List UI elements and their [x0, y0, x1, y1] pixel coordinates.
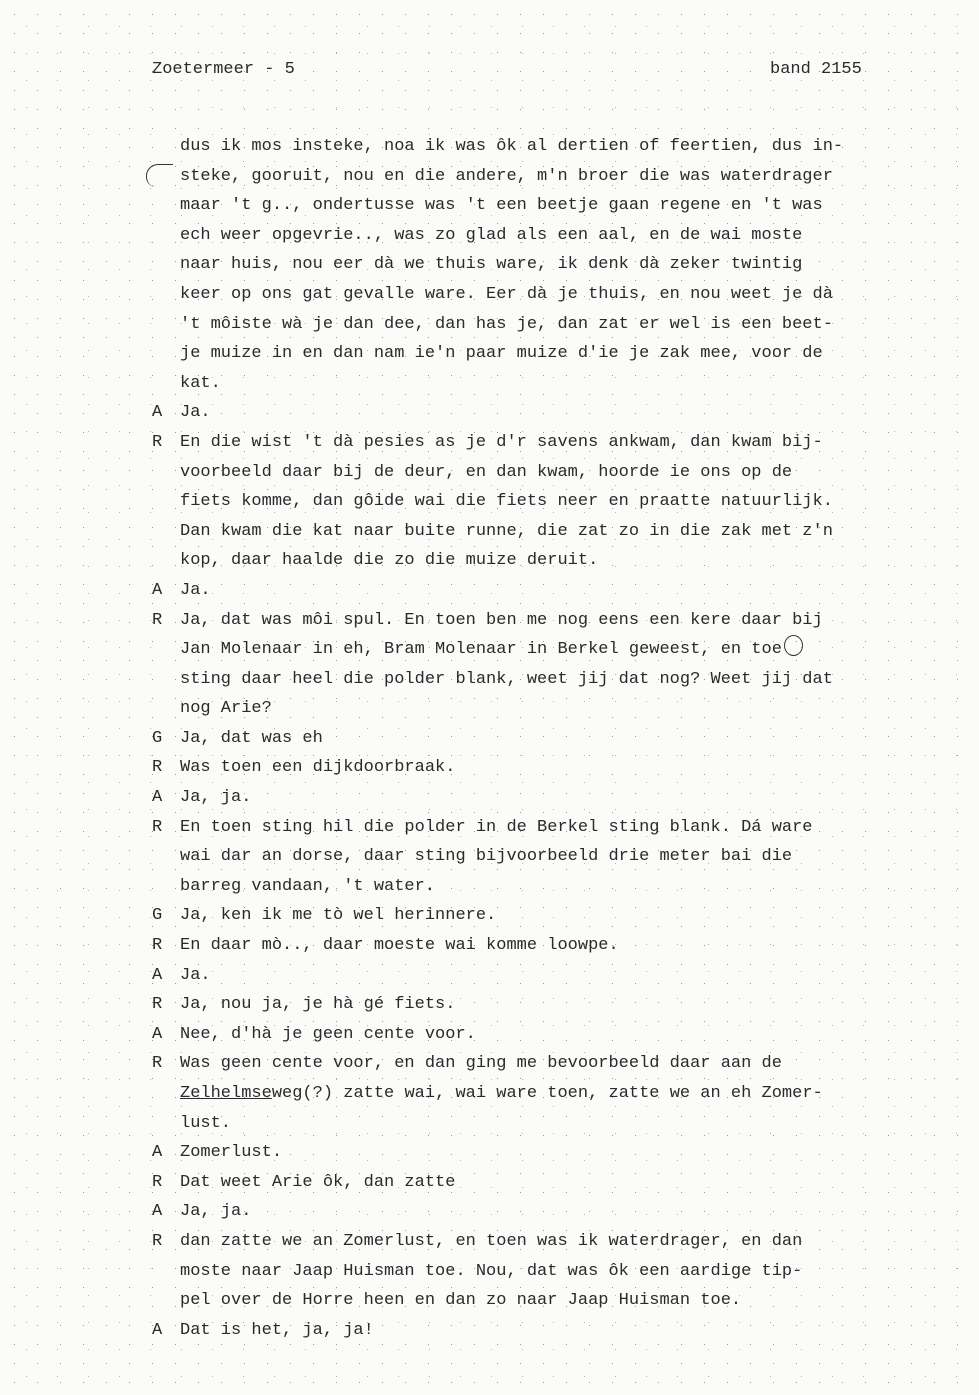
page-header: Zoetermeer - 5 band 2155 — [152, 60, 899, 84]
line-text: ech weer opgevrie.., was zo glad als een… — [180, 226, 802, 245]
continuation-line: Zelhelmseweg(?) zatte wai, wai ware toen… — [152, 1079, 972, 1109]
continuation-line: 't môiste wà je dan dee, dan has je, dan… — [152, 310, 972, 340]
line-text: je muize in en dan nam ie'n paar muize d… — [180, 344, 823, 363]
speaker-label: R — [152, 1049, 180, 1079]
continuation-line: sting daar heel die polder blank, weet j… — [152, 665, 972, 695]
line-text: maar 't g.., ondertusse was 't een beetj… — [180, 196, 823, 215]
line-text: Ja, nou ja, je hà gé fiets. — [180, 995, 455, 1014]
line-text: Ja. — [180, 581, 211, 600]
underlined-place-name: Zelhelmse — [180, 1084, 272, 1103]
line-text: Ja, dat was eh — [180, 729, 323, 748]
speaker-line: RJa, dat was môi spul. En toen ben me no… — [152, 606, 972, 636]
continuation-line: voorbeeld daar bij de deur, en dan kwam,… — [152, 458, 972, 488]
continuation-line: moste naar Jaap Huisman toe. Nou, dat wa… — [152, 1257, 972, 1287]
continuation-line: barreg vandaan, 't water. — [152, 872, 972, 902]
continuation-line: steke, gooruit, nou en die andere, m'n b… — [152, 162, 972, 192]
speaker-label: A — [152, 1138, 180, 1168]
handwritten-circle-mark — [784, 635, 803, 656]
continuation-line: fiets komme, dan gôide wai die fiets nee… — [152, 487, 972, 517]
speaker-line: REn die wist 't dà pesies as je d'r save… — [152, 428, 972, 458]
transcript-body: dus ik mos insteke, noa ik was ôk al der… — [152, 132, 972, 1345]
line-text: kat. — [180, 374, 221, 393]
speaker-label: A — [152, 1316, 180, 1346]
line-text: Ja, ja. — [180, 788, 251, 807]
line-text: keer op ons gat gevalle ware. Eer dà je … — [180, 285, 833, 304]
line-text: nog Arie? — [180, 699, 272, 718]
continuation-line: naar huis, nou eer dà we thuis ware, ik … — [152, 250, 972, 280]
speaker-label: A — [152, 576, 180, 606]
speaker-label: R — [152, 990, 180, 1020]
speaker-label: R — [152, 931, 180, 961]
line-text: dan zatte we an Zomerlust, en toen was i… — [180, 1232, 802, 1251]
line-text: dus ik mos insteke, noa ik was ôk al der… — [180, 137, 843, 156]
speaker-line: AJa. — [152, 961, 972, 991]
typewritten-page: Zoetermeer - 5 band 2155 dus ik mos inst… — [0, 0, 979, 1395]
speaker-line: REn toen sting hil die polder in de Berk… — [152, 813, 972, 843]
speaker-label: G — [152, 724, 180, 754]
speaker-label: R — [152, 1168, 180, 1198]
tape-number: band 2155 — [770, 60, 862, 79]
line-text: lust. — [180, 1114, 231, 1133]
speaker-line: ADat is het, ja, ja! — [152, 1316, 972, 1346]
speaker-label: R — [152, 428, 180, 458]
speaker-line: AJa. — [152, 398, 972, 428]
line-text: pel over de Horre heen en dan zo naar Ja… — [180, 1291, 741, 1310]
speaker-line: GJa, ken ik me tò wel herinnere. — [152, 901, 972, 931]
continuation-line: ech weer opgevrie.., was zo glad als een… — [152, 221, 972, 251]
place-name-rest: weg(?) — [272, 1084, 333, 1103]
speaker-line: RWas geen cente voor, en dan ging me bev… — [152, 1049, 972, 1079]
continuation-line: Dan kwam die kat naar buite runne, die z… — [152, 517, 972, 547]
speaker-line: AJa, ja. — [152, 783, 972, 813]
speaker-label: G — [152, 901, 180, 931]
continuation-line: kat. — [152, 369, 972, 399]
line-text: voorbeeld daar bij de deur, en dan kwam,… — [180, 463, 792, 482]
line-text: kop, daar haalde die zo die muize deruit… — [180, 551, 598, 570]
speaker-label: R — [152, 1227, 180, 1257]
continuation-line: wai dar an dorse, daar sting bijvoorbeel… — [152, 842, 972, 872]
line-text: Dan kwam die kat naar buite runne, die z… — [180, 522, 833, 541]
line-text: fiets komme, dan gôide wai die fiets nee… — [180, 492, 833, 511]
speaker-label: A — [152, 961, 180, 991]
line-text: En daar mò.., daar moeste wai komme loow… — [180, 936, 619, 955]
line-text: wai dar an dorse, daar sting bijvoorbeel… — [180, 847, 792, 866]
continuation-line: dus ik mos insteke, noa ik was ôk al der… — [152, 132, 972, 162]
line-text: Ja, dat was môi spul. En toen ben me nog… — [180, 611, 823, 630]
line-text: naar huis, nou eer dà we thuis ware, ik … — [180, 255, 802, 274]
document-title: Zoetermeer - 5 — [152, 60, 295, 79]
continuation-line: nog Arie? — [152, 694, 972, 724]
speaker-label: R — [152, 753, 180, 783]
line-text: Ja. — [180, 403, 211, 422]
line-text: zatte wai, wai ware toen, zatte we an eh… — [333, 1084, 823, 1103]
continuation-line: keer op ons gat gevalle ware. Eer dà je … — [152, 280, 972, 310]
line-text: Ja, ja. — [180, 1202, 251, 1221]
line-text: Zomerlust. — [180, 1143, 282, 1162]
continuation-line: pel over de Horre heen en dan zo naar Ja… — [152, 1286, 972, 1316]
speaker-line: RDat weet Arie ôk, dan zatte — [152, 1168, 972, 1198]
speaker-line: GJa, dat was eh — [152, 724, 972, 754]
continuation-line: Jan Molenaar in eh, Bram Molenaar in Ber… — [152, 635, 972, 665]
line-text: Was geen cente voor, en dan ging me bevo… — [180, 1054, 782, 1073]
speaker-label: R — [152, 813, 180, 843]
line-text: Nee, d'hà je geen cente voor. — [180, 1025, 476, 1044]
line-text: steke, gooruit, nou en die andere, m'n b… — [180, 167, 833, 186]
speaker-line: REn daar mò.., daar moeste wai komme loo… — [152, 931, 972, 961]
speaker-label: A — [152, 783, 180, 813]
continuation-line: lust. — [152, 1109, 972, 1139]
line-text: 't môiste wà je dan dee, dan has je, dan… — [180, 315, 833, 334]
continuation-line: maar 't g.., ondertusse was 't een beetj… — [152, 191, 972, 221]
speaker-label: A — [152, 398, 180, 428]
line-text: Ja, ken ik me tò wel herinnere. — [180, 906, 496, 925]
speaker-label: R — [152, 606, 180, 636]
speaker-label: A — [152, 1197, 180, 1227]
line-text: Was toen een dijkdoorbraak. — [180, 758, 455, 777]
line-text: En die wist 't dà pesies as je d'r saven… — [180, 433, 823, 452]
line-text: sting daar heel die polder blank, weet j… — [180, 670, 833, 689]
continuation-line: je muize in en dan nam ie'n paar muize d… — [152, 339, 972, 369]
speaker-line: AJa. — [152, 576, 972, 606]
speaker-line: AJa, ja. — [152, 1197, 972, 1227]
line-text: Jan Molenaar in eh, Bram Molenaar in Ber… — [180, 640, 782, 659]
line-text: Ja. — [180, 966, 211, 985]
line-text: barreg vandaan, 't water. — [180, 877, 435, 896]
speaker-line: RWas toen een dijkdoorbraak. — [152, 753, 972, 783]
line-text: En toen sting hil die polder in de Berke… — [180, 818, 813, 837]
speaker-label: A — [152, 1020, 180, 1050]
line-text: moste naar Jaap Huisman toe. Nou, dat wa… — [180, 1262, 802, 1281]
speaker-line: Rdan zatte we an Zomerlust, en toen was … — [152, 1227, 972, 1257]
speaker-line: RJa, nou ja, je hà gé fiets. — [152, 990, 972, 1020]
line-text: Dat is het, ja, ja! — [180, 1321, 374, 1340]
continuation-line: kop, daar haalde die zo die muize deruit… — [152, 546, 972, 576]
speaker-line: AZomerlust. — [152, 1138, 972, 1168]
speaker-line: ANee, d'hà je geen cente voor. — [152, 1020, 972, 1050]
line-text: Dat weet Arie ôk, dan zatte — [180, 1173, 455, 1192]
